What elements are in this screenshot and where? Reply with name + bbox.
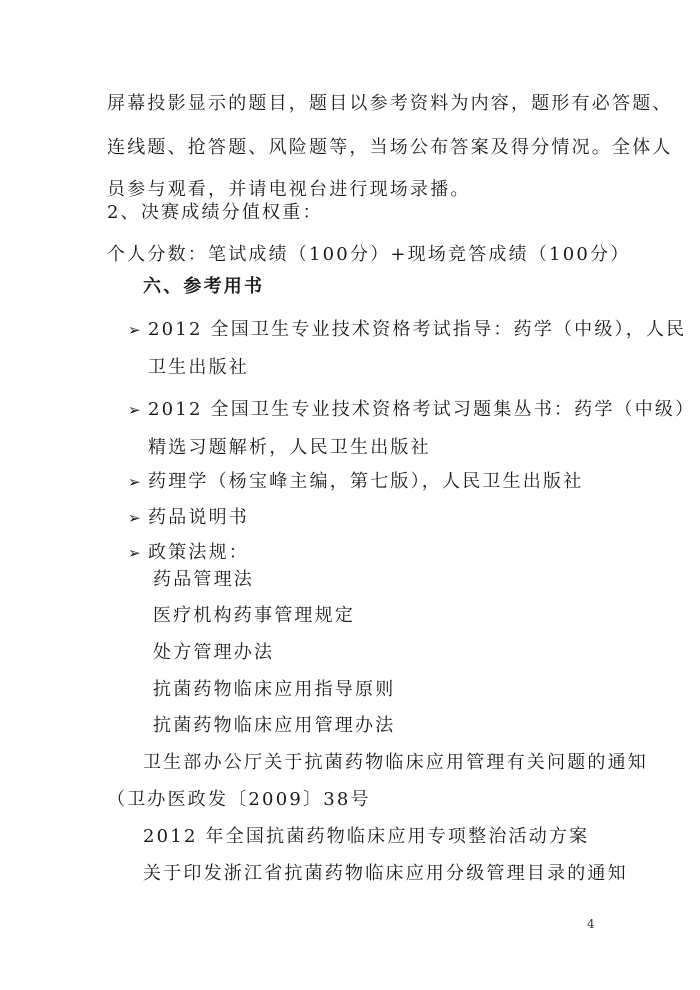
intro-line-3: 员参与观看，并请电视台进行现场录播。 [107,178,471,202]
reference-1-line-2: 卫生出版社 [148,356,249,380]
notice-1: 卫生部办公厅关于抗菌药物临床应用管理有关问题的通知 [143,751,648,775]
policy-2: 医疗机构药事管理规定 [153,604,355,628]
reference-2-line-1: 2012 全国卫生专业技术资格考试习题集丛书：药学（中级） [148,398,695,422]
bullet-arrow-icon: ➢ [128,398,141,422]
intro-line-2: 连线题、抢答题、风险题等，当场公布答案及得分情况。全体人 [107,136,673,160]
weight-detail: 个人分数：笔试成绩（100分）+现场竞答成绩（100分） [107,243,630,267]
policy-3: 处方管理办法 [153,641,274,665]
notice-3: 关于印发浙江省抗菌药物临床应用分级管理目录的通知 [143,862,628,886]
policy-1: 药品管理法 [153,568,254,592]
reference-2-line-2: 精选习题解析，人民卫生出版社 [148,436,431,460]
intro-line-1: 屏幕投影显示的题目，题目以参考资料为内容，题形有必答题、 [107,92,673,116]
section-title: 六、参考用书 [143,275,264,299]
reference-4: 药品说明书 [148,506,249,530]
reference-1-line-1: 2012 全国卫生专业技术资格考试指导：药学（中级），人民 [148,318,686,342]
policy-4: 抗菌药物临床应用指导原则 [153,678,395,702]
reference-5: 政策法规： [148,541,249,565]
weight-heading: 2、决赛成绩分值权重： [107,201,323,225]
notice-1-ref: （卫办医政发〔2009〕38号 [107,788,371,812]
bullet-arrow-icon: ➢ [128,541,141,565]
bullet-arrow-icon: ➢ [128,318,141,342]
bullet-arrow-icon: ➢ [128,506,141,530]
reference-3: 药理学（杨宝峰主编，第七版），人民卫生出版社 [148,470,583,494]
policy-5: 抗菌药物临床应用管理办法 [153,714,395,738]
page-number: 4 [587,917,595,931]
notice-2: 2012 年全国抗菌药物临床应用专项整治活动方案 [143,825,589,849]
bullet-arrow-icon: ➢ [128,470,141,494]
